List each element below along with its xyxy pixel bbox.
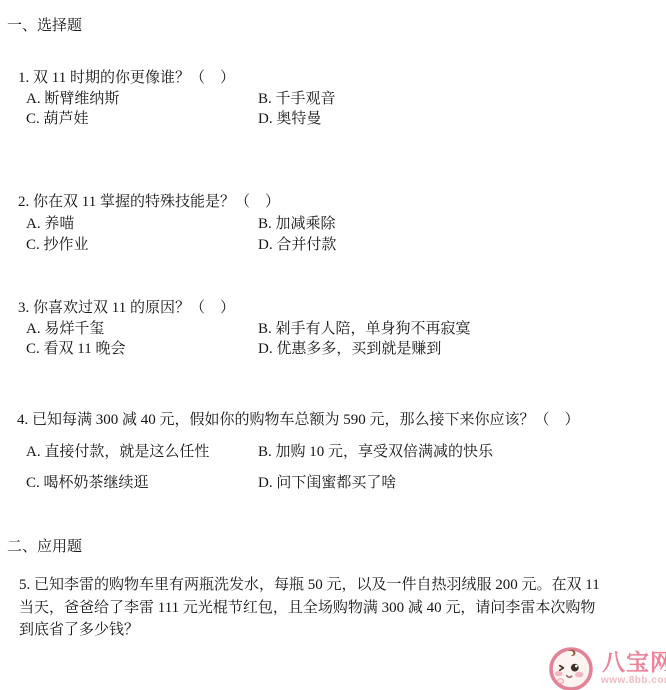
question-2-text: 2. 你在双 11 掌握的特殊技能是？（ ） <box>18 190 280 211</box>
question-1-option-c: C. 葫芦娃 <box>26 107 89 128</box>
question-4-option-d: D. 问下闺蜜都买了啥 <box>258 471 396 492</box>
question-3-option-d: D. 优惠多多，买到就是赚到 <box>258 337 441 358</box>
watermark-site-name: 八宝网 <box>602 644 666 677</box>
section-1-heading: 一、选择题 <box>7 14 82 35</box>
quiz-worksheet-page: 一、选择题 1. 双 11 时期的你更像谁？（ ） A. 断臂维纳斯 B. 千手… <box>0 0 666 690</box>
baby-face-icon <box>548 646 594 690</box>
question-2-option-d: D. 合并付款 <box>258 233 336 254</box>
watermark-site-url: www.8bb.com <box>601 675 666 686</box>
question-2-option-b: B. 加减乘除 <box>258 212 336 233</box>
question-2-option-c: C. 抄作业 <box>26 233 89 254</box>
question-5-line-2: 当天，爸爸给了李雷 111 元光棍节红包，且全场购物满 300 减 40 元，请… <box>19 597 661 620</box>
question-4-option-a: A. 直接付款，就是这么任性 <box>26 440 209 461</box>
question-3-option-a: A. 易烊千玺 <box>26 317 104 338</box>
question-4-option-b: B. 加购 10 元，享受双倍满减的快乐 <box>258 440 493 461</box>
question-5-line-3: 到底省了多少钱？ <box>19 619 661 642</box>
question-1-option-a: A. 断臂维纳斯 <box>26 87 119 108</box>
section-2-heading: 二、应用题 <box>7 535 82 556</box>
question-2-option-a: A. 养喵 <box>26 212 74 233</box>
question-1-option-b: B. 千手观音 <box>258 87 336 108</box>
question-4-text: 4. 已知每满 300 减 40 元，假如你的购物车总额为 590 元，那么接下… <box>17 408 580 429</box>
question-3-option-b: B. 剁手有人陪，单身狗不再寂寞 <box>258 317 471 338</box>
question-4-option-c: C. 喝杯奶茶继续逛 <box>26 471 149 492</box>
question-5-line-1: 5. 已知李雷的购物车里有两瓶洗发水，每瓶 50 元，以及一件自热羽绒服 200… <box>19 574 661 597</box>
question-3-option-c: C. 看双 11 晚会 <box>26 337 125 358</box>
question-3-text: 3. 你喜欢过双 11 的原因？（ ） <box>18 296 235 317</box>
question-1-option-d: D. 奥特曼 <box>258 107 321 128</box>
question-1-text: 1. 双 11 时期的你更像谁？（ ） <box>18 66 235 87</box>
question-5-text: 5. 已知李雷的购物车里有两瓶洗发水，每瓶 50 元，以及一件自热羽绒服 200… <box>19 574 661 642</box>
